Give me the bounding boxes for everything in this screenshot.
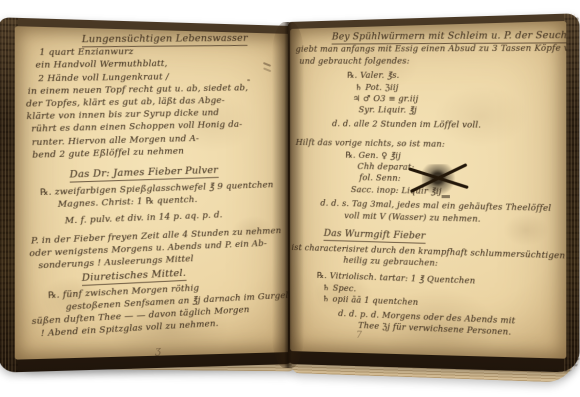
ink-blot-cross-out <box>414 158 462 199</box>
photo-background: Lungensüchtigen Lebenswasser1 quart Enzi… <box>0 0 580 397</box>
worn-edge-texture-right <box>564 13 579 373</box>
ink-speck <box>247 79 250 81</box>
handwriting-line: ♄ Pot. ℨiij <box>355 81 563 93</box>
open-manuscript-book: Lungensüchtigen Lebenswasser1 quart Enzi… <box>0 0 580 397</box>
right-page: Bey Spühlwürmern mit Schleim u. P. der S… <box>290 21 566 359</box>
stray-ink-mark: ʒ <box>155 345 161 356</box>
handwriting-line: giebt man anfangs mit Essig einen Absud … <box>295 43 563 56</box>
handwriting-line: und gebraucht folgendes: <box>299 55 563 67</box>
handwriting-line: d. d. alle 2 Stunden im Löffel voll. <box>332 118 562 132</box>
handwriting-line: Syr. Liquir. ℥j <box>358 105 562 118</box>
handwriting-line: ℞. Valer. ℥s. <box>347 70 563 82</box>
right-page-block: Bey Spühlwürmern mit Schleim u. P. der S… <box>288 13 579 373</box>
left-page-block: Lungensüchtigen Lebenswasser1 quart Enzi… <box>0 17 292 372</box>
left-page: Lungensüchtigen Lebenswasser1 quart Enzi… <box>15 26 290 359</box>
stray-ink-mark: 7 <box>356 331 362 341</box>
handwriting-line: Hilft das vorige nichts, so ist man: <box>296 137 562 152</box>
handwriting-line: Bey Spühlwürmern mit Schleim u. P. der S… <box>332 30 564 44</box>
